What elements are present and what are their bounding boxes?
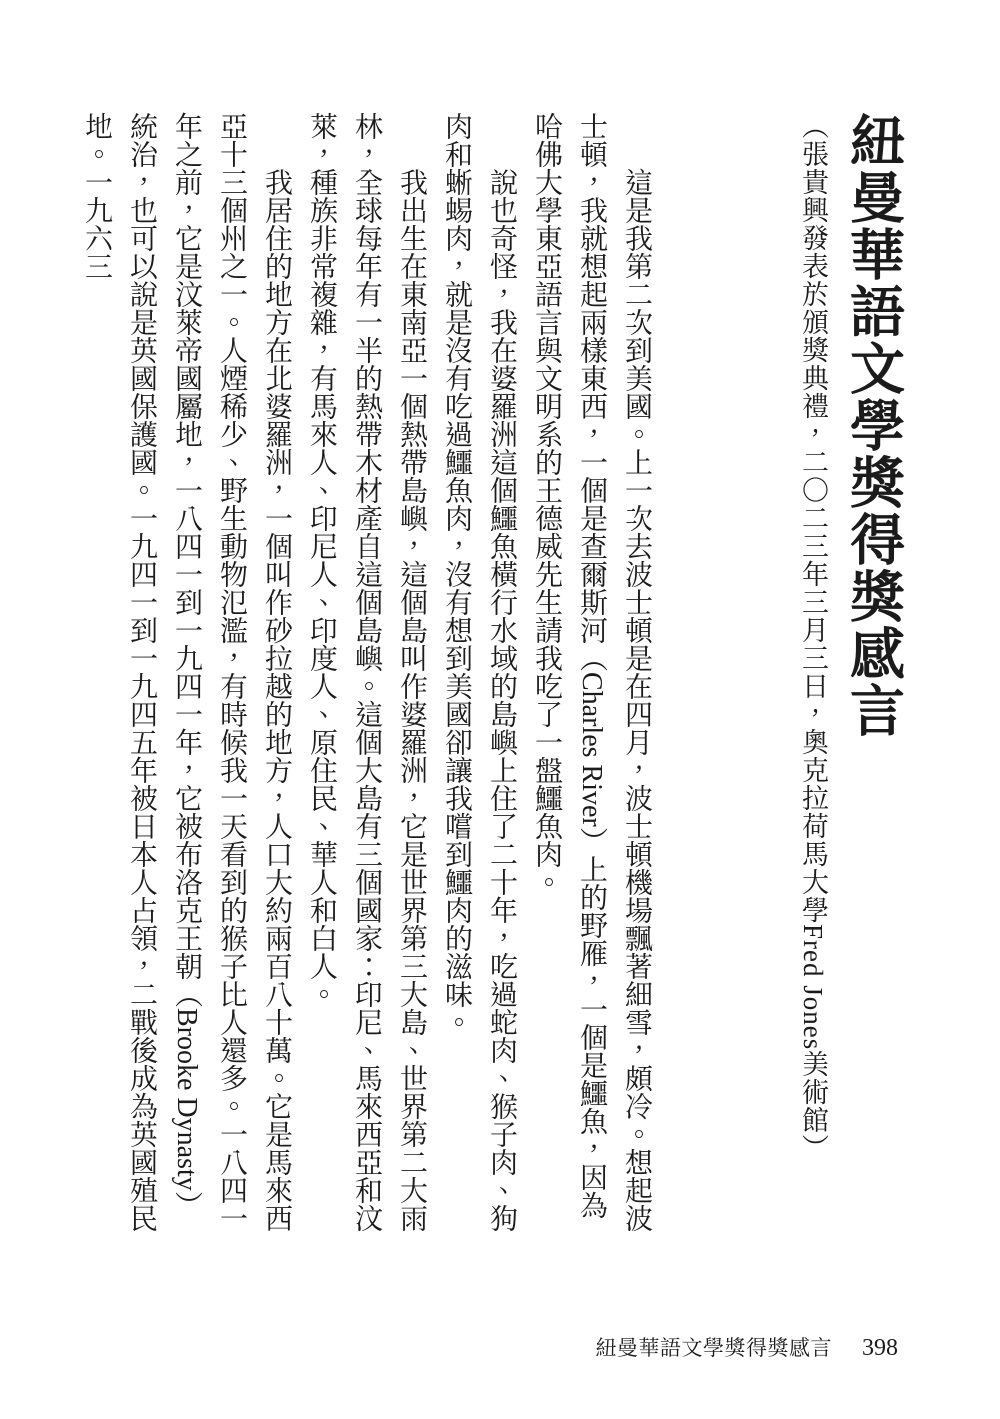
page-footer: 紐曼華語文學獎得獎感言 398 [596, 1332, 899, 1362]
footer-page-number: 398 [862, 1335, 898, 1362]
page-title: 紐曼華語文學獎得獎感言 [845, 112, 900, 1232]
paragraph: 我居住的地方在北婆羅洲，一個叫作砂拉越的地方，人口大約兩百八十萬。它是馬來西亞十… [74, 112, 299, 1232]
subtitle: （張貴興發表於頒獎典禮，二〇二三年三月三日，奧克拉荷馬大學Fred Jones美… [797, 112, 829, 1232]
paragraph: 我出生在東南亞一個熱帶島嶼，這個島叫作婆羅洲，它是世界第三大島、世界第二大雨林，… [299, 112, 434, 1232]
paragraph: 這是我第二次到美國。上一次去波士頓是在四月，波士頓機場飄著細雪，頗冷。想起波士頓… [524, 112, 659, 1232]
body-text: 這是我第二次到美國。上一次去波士頓是在四月，波士頓機場飄著細雪，頗冷。想起波士頓… [74, 112, 659, 1232]
book-page: 紐曼華語文學獎得獎感言 （張貴興發表於頒獎典禮，二〇二三年三月三日，奧克拉荷馬大… [0, 0, 1000, 1419]
paragraph: 說也奇怪，我在婆羅洲這個鱷魚橫行水域的島嶼上住了二十年，吃過蛇肉、猴子肉、狗肉和… [434, 112, 524, 1232]
footer-running-title: 紐曼華語文學獎得獎感言 [596, 1332, 833, 1362]
page-content: 紐曼華語文學獎得獎感言 （張貴興發表於頒獎典禮，二〇二三年三月三日，奧克拉荷馬大… [74, 112, 900, 1232]
